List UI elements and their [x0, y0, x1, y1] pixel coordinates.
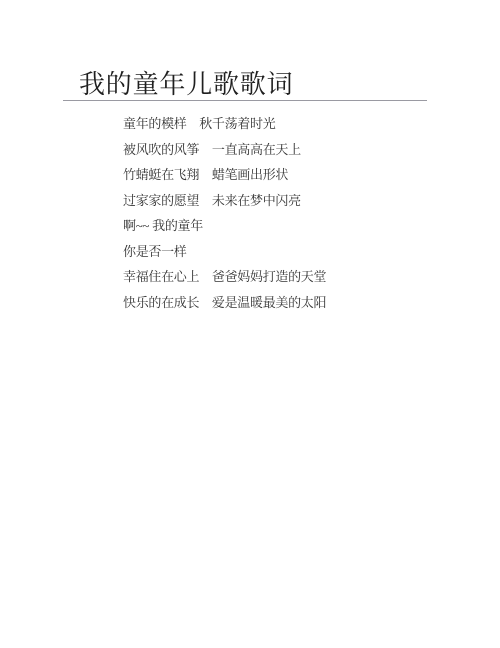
- page-title: 我的童年儿歌歌词: [0, 0, 500, 100]
- title-underline-rule: [63, 100, 427, 101]
- lyric-line: 你是否一样: [123, 239, 500, 265]
- lyric-line: 过家家的愿望 未来在梦中闪亮: [123, 188, 500, 214]
- lyric-line: 快乐的在成长 爱是温暖最美的太阳: [123, 290, 500, 316]
- document-page: 我的童年儿歌歌词 童年的模样 秋千荡着时光 被风吹的风筝 一直高高在天上 竹蜻蜓…: [0, 0, 500, 648]
- lyric-line: 啊~~ 我的童年: [123, 213, 500, 239]
- lyric-line: 被风吹的风筝 一直高高在天上: [123, 137, 500, 163]
- lyrics-block: 童年的模样 秋千荡着时光 被风吹的风筝 一直高高在天上 竹蜻蜓在飞翔 蜡笔画出形…: [123, 111, 500, 315]
- lyric-line: 童年的模样 秋千荡着时光: [123, 111, 500, 137]
- lyric-line: 竹蜻蜓在飞翔 蜡笔画出形状: [123, 162, 500, 188]
- lyric-line: 幸福住在心上 爸爸妈妈打造的天堂: [123, 264, 500, 290]
